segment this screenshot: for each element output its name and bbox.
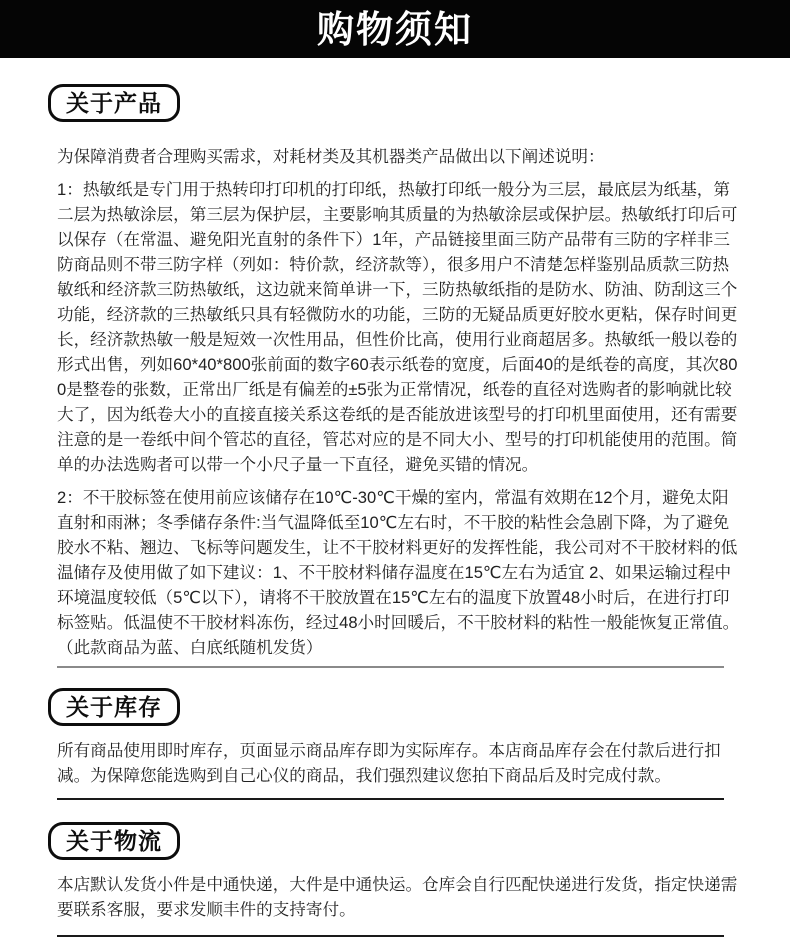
stock-section-badge: 关于库存 — [48, 688, 180, 726]
shopping-notice-page: 购物须知 关于产品 为保障消费者合理购买需求，对耗材类及其机器类产品做出以下阐述… — [0, 0, 790, 948]
section-divider-2 — [57, 798, 724, 800]
section-logistics-header: 关于物流 — [48, 822, 745, 860]
logistics-section-badge: 关于物流 — [48, 822, 180, 860]
product-intro-text: 为保障消费者合理购买需求，对耗材类及其机器类产品做出以下阐述说明： — [57, 144, 745, 169]
product-paragraph-1: 1：热敏纸是专门用于热转印打印机的打印纸，热敏打印纸一般分为三层，最底层为纸基，… — [57, 177, 745, 477]
logistics-paragraph: 本店默认发货小件是中通快递，大件是中通快运。仓库会自行匹配快递进行发货，指定快递… — [57, 872, 745, 922]
section-divider-1 — [57, 666, 724, 668]
product-paragraph-2: 2：不干胶标签在使用前应该储存在10℃-30℃干燥的室内，常温有效期在12个月，… — [57, 485, 745, 660]
stock-paragraph: 所有商品使用即时库存，页面显示商品库存即为实际库存。本店商品库存会在付款后进行扣… — [57, 738, 745, 788]
product-section-badge: 关于产品 — [48, 84, 180, 122]
content-column: 关于产品 为保障消费者合理购买需求，对耗材类及其机器类产品做出以下阐述说明： 1… — [0, 84, 790, 937]
section-divider-3 — [57, 935, 724, 937]
section-stock-header: 关于库存 — [48, 688, 745, 726]
section-product-header: 关于产品 — [48, 84, 745, 122]
header-bar: 购物须知 — [0, 0, 790, 58]
page-title: 购物须知 — [317, 11, 473, 48]
